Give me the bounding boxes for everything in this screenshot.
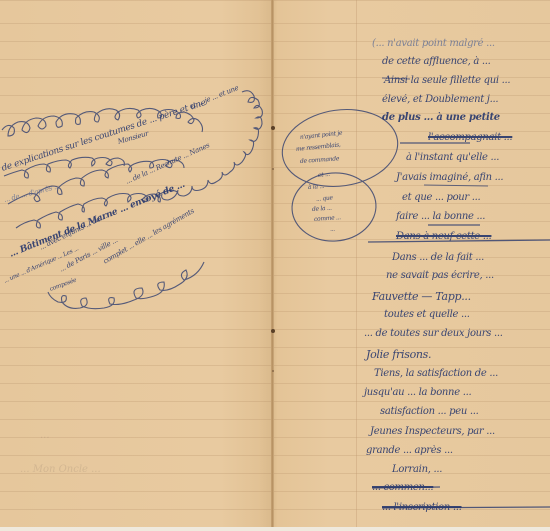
handwritten-line: Jeunes Inspecteurs, par ...	[370, 426, 495, 437]
handwritten-line: Jolie frisons.	[366, 348, 431, 361]
faint-bleedthrough-text: ... Mon Oncle ...	[20, 464, 101, 475]
handwritten-line: ... de toutes sur deux jours ...	[364, 328, 503, 339]
handwritten-line-struck: ... l'inscription ...	[382, 502, 462, 513]
handwritten-line: grande ... après ...	[366, 445, 453, 456]
notebook-spread: et ... je ... et une de explications sur…	[0, 0, 550, 527]
handwritten-line: de plus ... à une petite	[382, 112, 500, 123]
handwritten-line: Lorrain, ...	[392, 464, 442, 475]
circled-note-line: de la ...	[312, 205, 332, 213]
handwritten-line: jusqu'au ... la bonne ...	[364, 387, 471, 398]
note-oval-bottom	[290, 170, 379, 244]
handwritten-line: à l'instant qu'elle ...	[406, 152, 499, 163]
faint-bleedthrough-text: ...	[40, 430, 50, 441]
handwritten-line: Tiens, la satisfaction de ...	[374, 368, 498, 379]
circled-note-line: et ...	[318, 171, 330, 179]
handwritten-line: J'avais imaginé, afin ...	[396, 172, 503, 183]
handwritten-line-struck: Dans à neuf cette ...	[396, 231, 491, 242]
handwritten-line: Ainsi la seule fillette qui ...	[384, 75, 510, 86]
handwritten-line: de cette affluence, à ...	[382, 56, 491, 67]
handwritten-line-struck: l'accompagnait ...	[428, 132, 512, 143]
handwritten-line: élevé, et Doublement j...	[382, 94, 498, 105]
circled-note-line: à la ...	[308, 183, 325, 191]
handwritten-line: ne savait pas écrire, ...	[386, 270, 494, 281]
page-bottom-edge	[0, 527, 550, 531]
handwritten-line: (... n'avait point malgré ...	[372, 38, 495, 49]
handwritten-line: toutes et quelle ...	[384, 309, 470, 320]
handwritten-line: satisfaction ... peu ...	[380, 406, 479, 417]
circled-note-line: ...	[330, 226, 335, 233]
handwritten-line: Fauvette — Tapp...	[372, 290, 471, 303]
handwritten-line-struck: ... commen...	[372, 482, 433, 493]
handwritten-line: et que ... pour ...	[402, 192, 480, 203]
handwritten-line: faire ... la bonne ...	[396, 211, 485, 222]
handwritten-line: Dans ... de la fait ...	[392, 252, 484, 263]
